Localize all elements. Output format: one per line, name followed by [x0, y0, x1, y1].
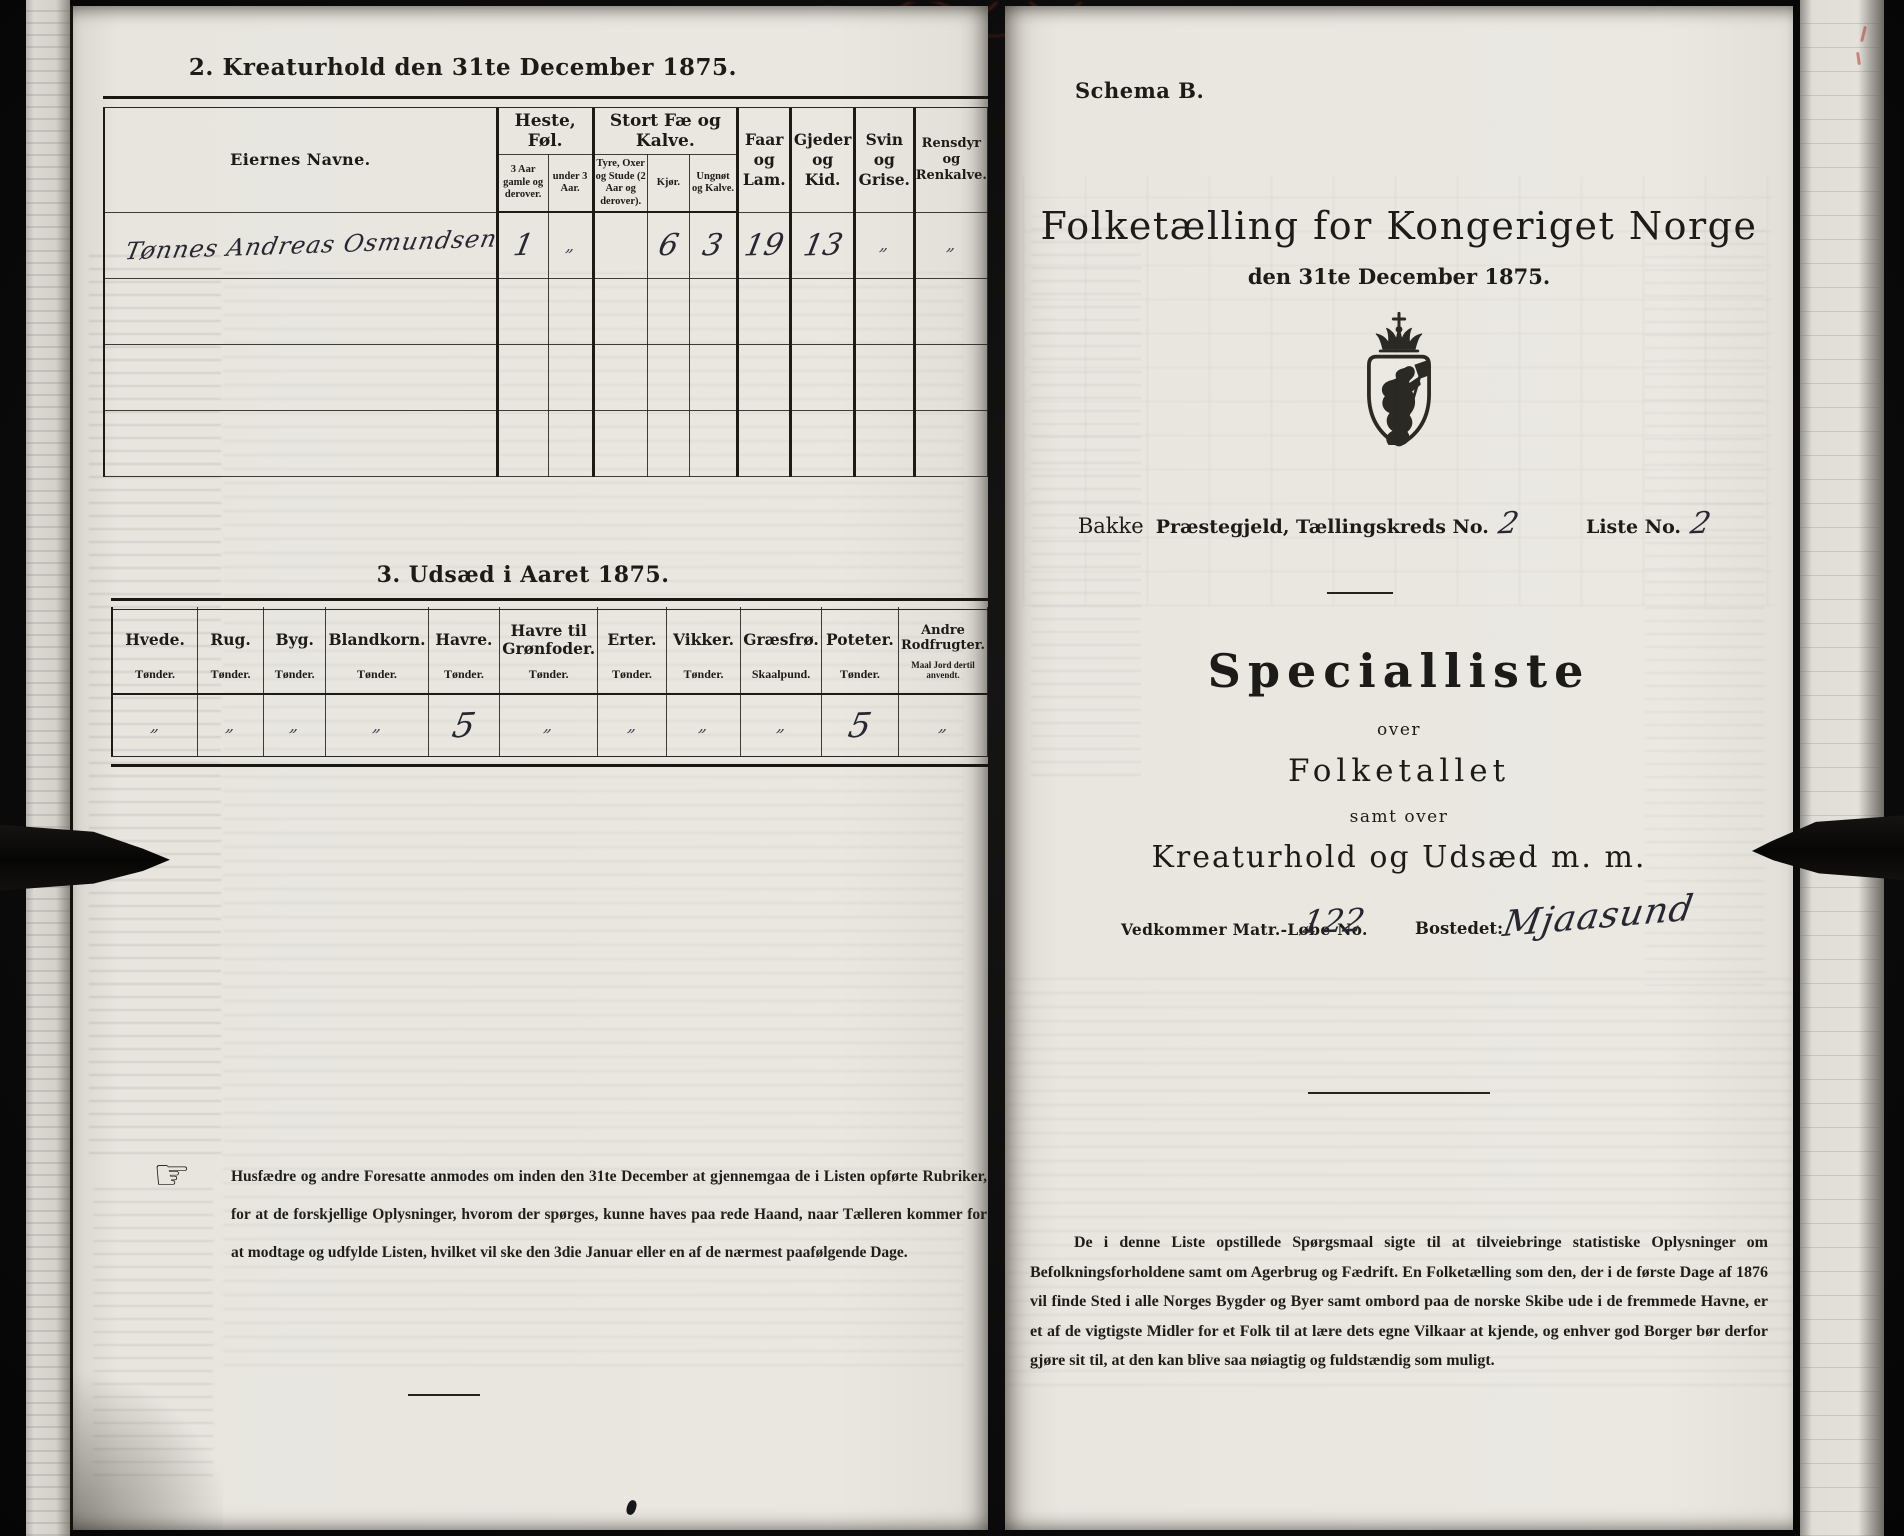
udsaed-header-row: Hvede.Tønder. Rug.Tønder. Byg.Tønder. Bl… — [112, 607, 988, 694]
col-header-graesfro: Græsfrø.Skaalpund. — [741, 607, 822, 694]
group-header-row: Eiernes Navne. Heste, Føl. Stort Fæ og K… — [104, 108, 988, 155]
short-divider-rule — [408, 1394, 480, 1396]
col-header-eiernes-navne: Eiernes Navne. — [104, 108, 497, 212]
coat-of-arms-norway — [1352, 306, 1446, 490]
livestock-entry-row: Tønnes Andreas Osmundsen 1 „ 6 3 19 13 „… — [104, 212, 988, 279]
census-main-title: Folketælling for Kongeriget Norge — [1005, 204, 1793, 248]
right-page: Schema B. Folketælling for Kongeriget No… — [1005, 6, 1793, 1530]
empty-row — [104, 279, 988, 345]
col-header-faar-og-lam: Faar og Lam. — [738, 108, 791, 212]
col-header-poteter: Poteter.Tønder. — [821, 607, 898, 694]
col-header-byg: Byg.Tønder. — [263, 607, 326, 694]
matrikkel-line: Vedkommer Matr.-Løbe-No. 122 Bostedet: M… — [1005, 904, 1793, 974]
schema-label: Schema B. — [1075, 78, 1204, 103]
col-header-kjor: Kjør. — [647, 155, 689, 213]
entry-cell: „ — [854, 212, 914, 279]
entry-owner-name-cell: Tønnes Andreas Osmundsen — [104, 212, 497, 279]
handwritten-owner-name: Tønnes Andreas Osmundsen — [123, 225, 500, 266]
empty-row — [104, 411, 988, 477]
udsaed-value-cell: „ — [112, 694, 198, 757]
col-header-rensdyr: Rensdyr og Renkalve. — [914, 108, 987, 212]
handwritten-value: 13 — [800, 227, 845, 263]
subtitle-kreaturhold-udsaed: Kreaturhold og Udsæd m. m. — [1005, 840, 1793, 875]
handwritten-ditto: „ — [878, 235, 891, 255]
handwritten-matr-number: 122 — [1299, 901, 1368, 941]
udsaed-table: Hvede.Tønder. Rug.Tønder. Byg.Tønder. Bl… — [111, 607, 988, 757]
entry-cell: 19 — [738, 212, 791, 279]
col-header-ungnot-kalve: Ungnøt og Kalve. — [689, 155, 737, 213]
udsaed-value-cell: 5 — [428, 694, 500, 757]
parish-name: Bakke — [1078, 514, 1144, 538]
entry-cell: 13 — [791, 212, 855, 279]
col-group-heste: Heste, Føl. — [497, 108, 593, 155]
col-group-stort-fae: Stort Fæ og Kalve. — [593, 108, 738, 155]
left-page: 2. Kreaturhold den 31te December 1875. E… — [70, 6, 988, 1530]
col-header-hvede: Hvede.Tønder. — [112, 607, 198, 694]
short-divider-rule — [1308, 1092, 1490, 1094]
col-header-tyre-oxer-stude: Tyre, Oxer og Stude (2 Aar og derover). — [593, 155, 647, 213]
kreaturhold-table: Eiernes Navne. Heste, Føl. Stort Fæ og K… — [103, 108, 988, 477]
liste-label: Liste No. — [1586, 516, 1681, 538]
col-header-erter: Erter.Tønder. — [598, 607, 667, 694]
handwritten-value: 3 — [700, 228, 726, 264]
next-page-edge — [1800, 0, 1884, 1536]
udsaed-value-cell: „ — [741, 694, 822, 757]
entry-cell — [593, 212, 647, 279]
col-header-andre-rodfrugter: Andre Rodfrugter.Maal Jord dertil anvend… — [898, 607, 987, 694]
subtitle-folketallet: Folketallet — [1005, 753, 1793, 789]
handwritten-ditto: „ — [564, 235, 577, 255]
entry-cell: „ — [548, 212, 593, 279]
entry-cell: 1 — [497, 212, 548, 279]
udsaed-value-cell: „ — [326, 694, 428, 757]
previous-page-edge — [26, 0, 70, 1536]
census-explanatory-paragraph: De i denne Liste opstillede Spørgsmaal s… — [1030, 1228, 1768, 1376]
scanned-census-book-spread: 2. Kreaturhold den 31te December 1875. E… — [0, 0, 1904, 1536]
kreaturhold-title: 2. Kreaturhold den 31te December 1875. — [83, 54, 843, 81]
udsaed-title: 3. Udsæd i Aaret 1875. — [143, 562, 903, 588]
short-divider-rule — [1327, 592, 1393, 594]
udsaed-value-cell: „ — [263, 694, 326, 757]
col-header-havre-gronfoder: Havre til Grønfoder.Tønder. — [500, 607, 598, 694]
handwritten-ditto: „ — [945, 235, 958, 255]
district-line: Bakke Præstegjeld, Tællingskreds No. 2 L… — [1005, 506, 1793, 541]
col-header-rug: Rug.Tønder. — [198, 607, 264, 694]
col-header-heste-under-3aar: under 3 Aar. — [548, 155, 593, 213]
handwritten-value: 1 — [510, 228, 536, 264]
ink-bleedthrough-column — [93, 1186, 213, 1476]
handwritten-place-name: Mjaasund — [1500, 888, 1697, 945]
empty-row — [104, 345, 988, 411]
udsaed-value-row: „ „ „ „ 5 „ „ „ „ 5 „ — [112, 694, 988, 757]
col-header-blandkorn: Blandkorn.Tønder. — [326, 607, 428, 694]
col-header-gjeder-og-kid: Gjeder og Kid. — [791, 108, 855, 212]
udsaed-value-cell: „ — [198, 694, 264, 757]
col-header-svin-og-grise: Svin og Grise. — [854, 108, 914, 212]
entry-cell: 3 — [689, 212, 737, 279]
district-label: Præstegjeld, Tællingskreds No. — [1156, 516, 1489, 538]
table-bottom-rule — [111, 756, 988, 767]
entry-cell: „ — [914, 212, 987, 279]
crown-cross — [1393, 313, 1404, 325]
handwritten-value: 6 — [655, 228, 681, 264]
handwritten-value: 19 — [742, 227, 787, 263]
entry-cell: 6 — [647, 212, 689, 279]
udsaed-value-cell: „ — [598, 694, 667, 757]
table-top-rule — [103, 96, 988, 108]
col-header-heste-over-3aar: 3 Aar gamle og derover. — [497, 155, 548, 213]
manicule-pointing-hand-icon: ☞ — [153, 1150, 191, 1199]
udsaed-value-cell: „ — [500, 694, 598, 757]
subtitle-samt-over: samt over — [1005, 807, 1793, 827]
handwritten-liste-number: 2 — [1688, 506, 1714, 542]
udsaed-value-cell: „ — [898, 694, 987, 757]
handwritten-krets-number: 2 — [1495, 506, 1521, 542]
instruction-footnote: Husfædre og andre Foresatte anmodes om i… — [231, 1158, 987, 1272]
col-header-havre: Havre.Tønder. — [428, 607, 500, 694]
udsaed-value-cell: 5 — [821, 694, 898, 757]
subtitle-specialliste: Specialliste — [1005, 644, 1793, 698]
bosted-label: Bostedet: — [1415, 919, 1503, 938]
udsaed-value-cell: „ — [666, 694, 741, 757]
crown — [1376, 327, 1421, 350]
col-header-vikker: Vikker.Tønder. — [666, 607, 741, 694]
census-date-line: den 31te December 1875. — [1005, 264, 1793, 289]
subtitle-over: over — [1005, 720, 1793, 740]
